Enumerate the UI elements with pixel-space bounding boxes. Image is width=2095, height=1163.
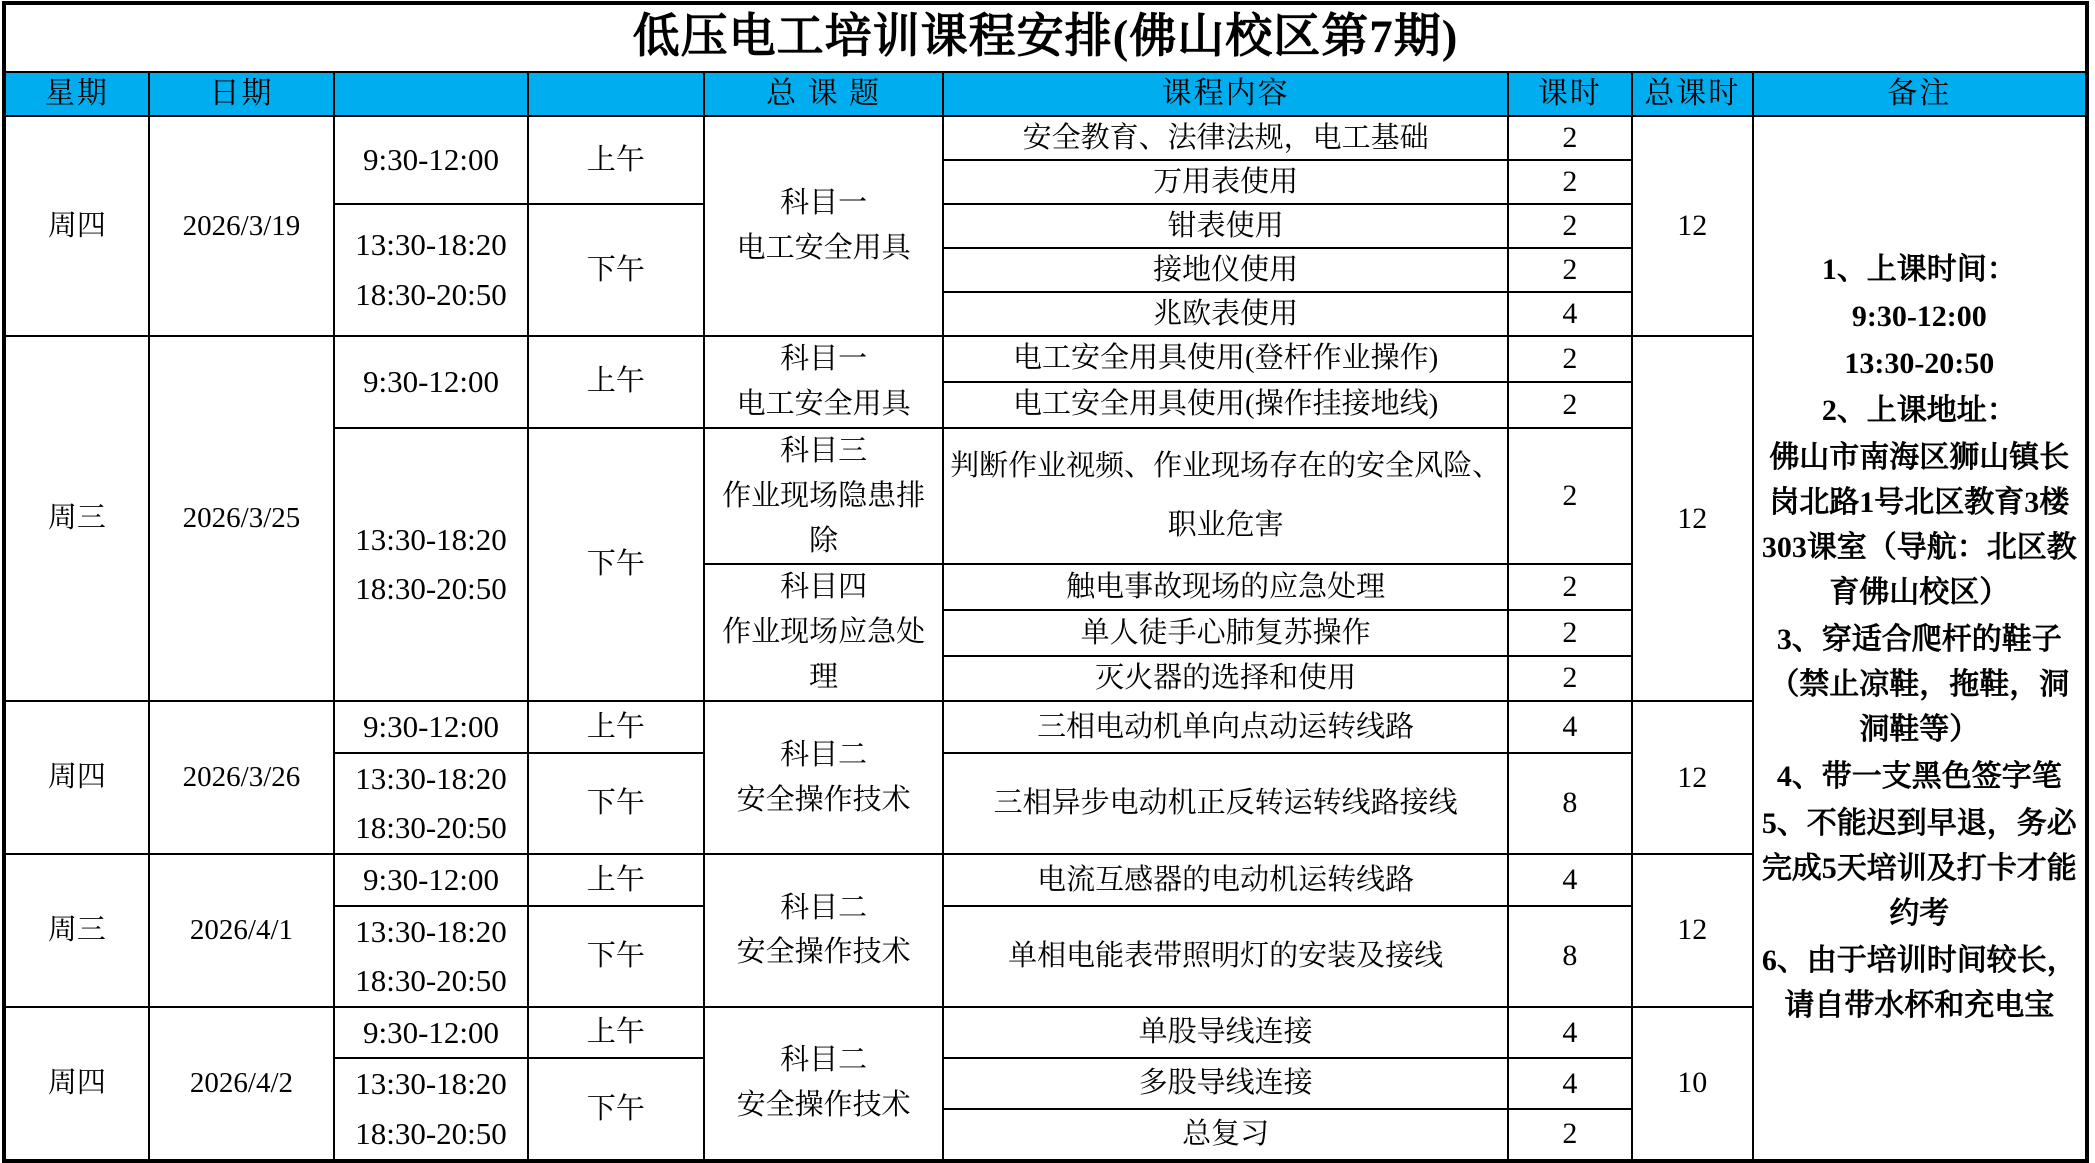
header-session <box>528 72 704 116</box>
total-hours-cell: 12 <box>1632 116 1753 336</box>
content-cell: 钳表使用 <box>943 204 1508 248</box>
remarks-line: 2、上课地址： <box>1760 388 2079 433</box>
pm-time-cell: 13:30-18:20 18:30-20:50 <box>334 204 528 336</box>
content-cell: 兆欧表使用 <box>943 292 1508 336</box>
header-date: 日期 <box>149 72 334 116</box>
spreadsheet-sheet: 低压电工培训课程安排(佛山校区第7期) 星期 日期 总 课 题 课程内容 课时 … <box>0 0 2095 1033</box>
remarks-line: 9:30-12:00 <box>1760 294 2079 339</box>
content-cell: 三相电动机单向点动运转线路 <box>943 701 1508 753</box>
date-cell: 2026/3/19 <box>149 116 334 336</box>
date-cell: 2026/4/2 <box>149 1007 334 1161</box>
header-remarks: 备注 <box>1753 72 2087 116</box>
topic-cell: 科目四 作业现场应急处理 <box>704 564 944 701</box>
content-cell: 安全教育、法律法规，电工基础 <box>943 116 1508 160</box>
remarks-line: 4、带一支黑色签字笔 <box>1760 754 2079 799</box>
header-topic: 总 课 题 <box>704 72 944 116</box>
week-cell: 周四 <box>4 116 149 336</box>
pm-label-cell: 下午 <box>528 906 704 1007</box>
hours-cell: 8 <box>1508 906 1632 1007</box>
topic-cell: 科目二 安全操作技术 <box>704 701 944 854</box>
topic-cell: 科目三 作业现场隐患排除 <box>704 428 944 565</box>
remarks-line: 13:30-20:50 <box>1760 341 2079 386</box>
pm-time-cell: 13:30-18:20 18:30-20:50 <box>334 1058 528 1160</box>
page-title: 低压电工培训课程安排(佛山校区第7期) <box>4 3 2087 72</box>
header-total-hours: 总课时 <box>1632 72 1753 116</box>
hours-cell: 4 <box>1508 854 1632 906</box>
content-cell: 电工安全用具使用(登杆作业操作) <box>943 336 1508 382</box>
remarks-line: 6、由于培训时间较长，请自带水杯和充电宝 <box>1760 938 2079 1028</box>
content-cell: 单人徒手心肺复苏操作 <box>943 610 1508 656</box>
am-label-cell: 上午 <box>528 854 704 906</box>
topic-cell: 科目二 安全操作技术 <box>704 1007 944 1161</box>
content-cell: 三相异步电动机正反转运转线路接线 <box>943 753 1508 854</box>
header-content: 课程内容 <box>943 72 1508 116</box>
am-time-cell: 9:30-12:00 <box>334 854 528 906</box>
hours-cell: 4 <box>1508 292 1632 336</box>
pm-label-cell: 下午 <box>528 753 704 854</box>
hours-cell: 4 <box>1508 1058 1632 1109</box>
hours-cell: 2 <box>1508 1109 1632 1161</box>
remarks-line: 3、穿适合爬杆的鞋子（禁止凉鞋，拖鞋，洞洞鞋等） <box>1760 617 2079 752</box>
am-label-cell: 上午 <box>528 701 704 753</box>
am-time-cell: 9:30-12:00 <box>334 336 528 428</box>
date-cell: 2026/4/1 <box>149 854 334 1007</box>
hours-cell: 2 <box>1508 248 1632 292</box>
total-hours-cell: 12 <box>1632 854 1753 1007</box>
hours-cell: 2 <box>1508 428 1632 565</box>
pm-time-cell: 13:30-18:20 18:30-20:50 <box>334 428 528 702</box>
hours-cell: 2 <box>1508 160 1632 204</box>
content-cell: 单股导线连接 <box>943 1007 1508 1059</box>
content-cell: 电工安全用具使用(操作挂接地线) <box>943 382 1508 428</box>
hours-cell: 4 <box>1508 701 1632 753</box>
remarks-line: 佛山市南海区狮山镇长岗北路1号北区教育3楼303课室（导航：北区教育佛山校区） <box>1760 435 2079 615</box>
am-time-cell: 9:30-12:00 <box>334 116 528 204</box>
content-cell: 电流互感器的电动机运转线路 <box>943 854 1508 906</box>
hours-cell: 2 <box>1508 336 1632 382</box>
content-cell: 判断作业视频、作业现场存在的安全风险、职业危害 <box>943 428 1508 565</box>
hours-cell: 2 <box>1508 564 1632 610</box>
hours-cell: 2 <box>1508 116 1632 160</box>
remarks-line: 5、不能迟到早退，务必完成5天培训及打卡才能约考 <box>1760 801 2079 936</box>
topic-cell: 科目二 安全操作技术 <box>704 854 944 1007</box>
date-cell: 2026/3/25 <box>149 336 334 702</box>
am-time-cell: 9:30-12:00 <box>334 1007 528 1059</box>
content-cell: 触电事故现场的应急处理 <box>943 564 1508 610</box>
content-cell: 灭火器的选择和使用 <box>943 656 1508 702</box>
course-schedule-table: 低压电工培训课程安排(佛山校区第7期) 星期 日期 总 课 题 课程内容 课时 … <box>2 1 2089 1163</box>
header-hours: 课时 <box>1508 72 1632 116</box>
week-cell: 周四 <box>4 1007 149 1161</box>
total-hours-cell: 12 <box>1632 701 1753 854</box>
hours-cell: 2 <box>1508 204 1632 248</box>
header-time <box>334 72 528 116</box>
header-week: 星期 <box>4 72 149 116</box>
week-cell: 周三 <box>4 854 149 1007</box>
week-cell: 周四 <box>4 701 149 854</box>
week-cell: 周三 <box>4 336 149 702</box>
hours-cell: 2 <box>1508 382 1632 428</box>
topic-cell: 科目一 电工安全用具 <box>704 336 944 428</box>
pm-time-cell: 13:30-18:20 18:30-20:50 <box>334 906 528 1007</box>
total-hours-cell: 10 <box>1632 1007 1753 1161</box>
hours-cell: 2 <box>1508 610 1632 656</box>
pm-label-cell: 下午 <box>528 204 704 336</box>
content-cell: 多股导线连接 <box>943 1058 1508 1109</box>
hours-cell: 4 <box>1508 1007 1632 1059</box>
pm-label-cell: 下午 <box>528 1058 704 1160</box>
content-cell: 接地仪使用 <box>943 248 1508 292</box>
content-cell: 单相电能表带照明灯的安装及接线 <box>943 906 1508 1007</box>
hours-cell: 2 <box>1508 656 1632 702</box>
remarks-cell: 1、上课时间： 9:30-12:00 13:30-20:50 2、上课地址： 佛… <box>1753 116 2087 1161</box>
pm-label-cell: 下午 <box>528 428 704 702</box>
total-hours-cell: 12 <box>1632 336 1753 702</box>
am-label-cell: 上午 <box>528 336 704 428</box>
am-label-cell: 上午 <box>528 1007 704 1059</box>
content-cell: 万用表使用 <box>943 160 1508 204</box>
pm-time-cell: 13:30-18:20 18:30-20:50 <box>334 753 528 854</box>
hours-cell: 8 <box>1508 753 1632 854</box>
content-cell: 总复习 <box>943 1109 1508 1161</box>
am-time-cell: 9:30-12:00 <box>334 701 528 753</box>
remarks-line: 1、上课时间： <box>1760 247 2079 292</box>
date-cell: 2026/3/26 <box>149 701 334 854</box>
topic-cell: 科目一 电工安全用具 <box>704 116 944 336</box>
am-label-cell: 上午 <box>528 116 704 204</box>
